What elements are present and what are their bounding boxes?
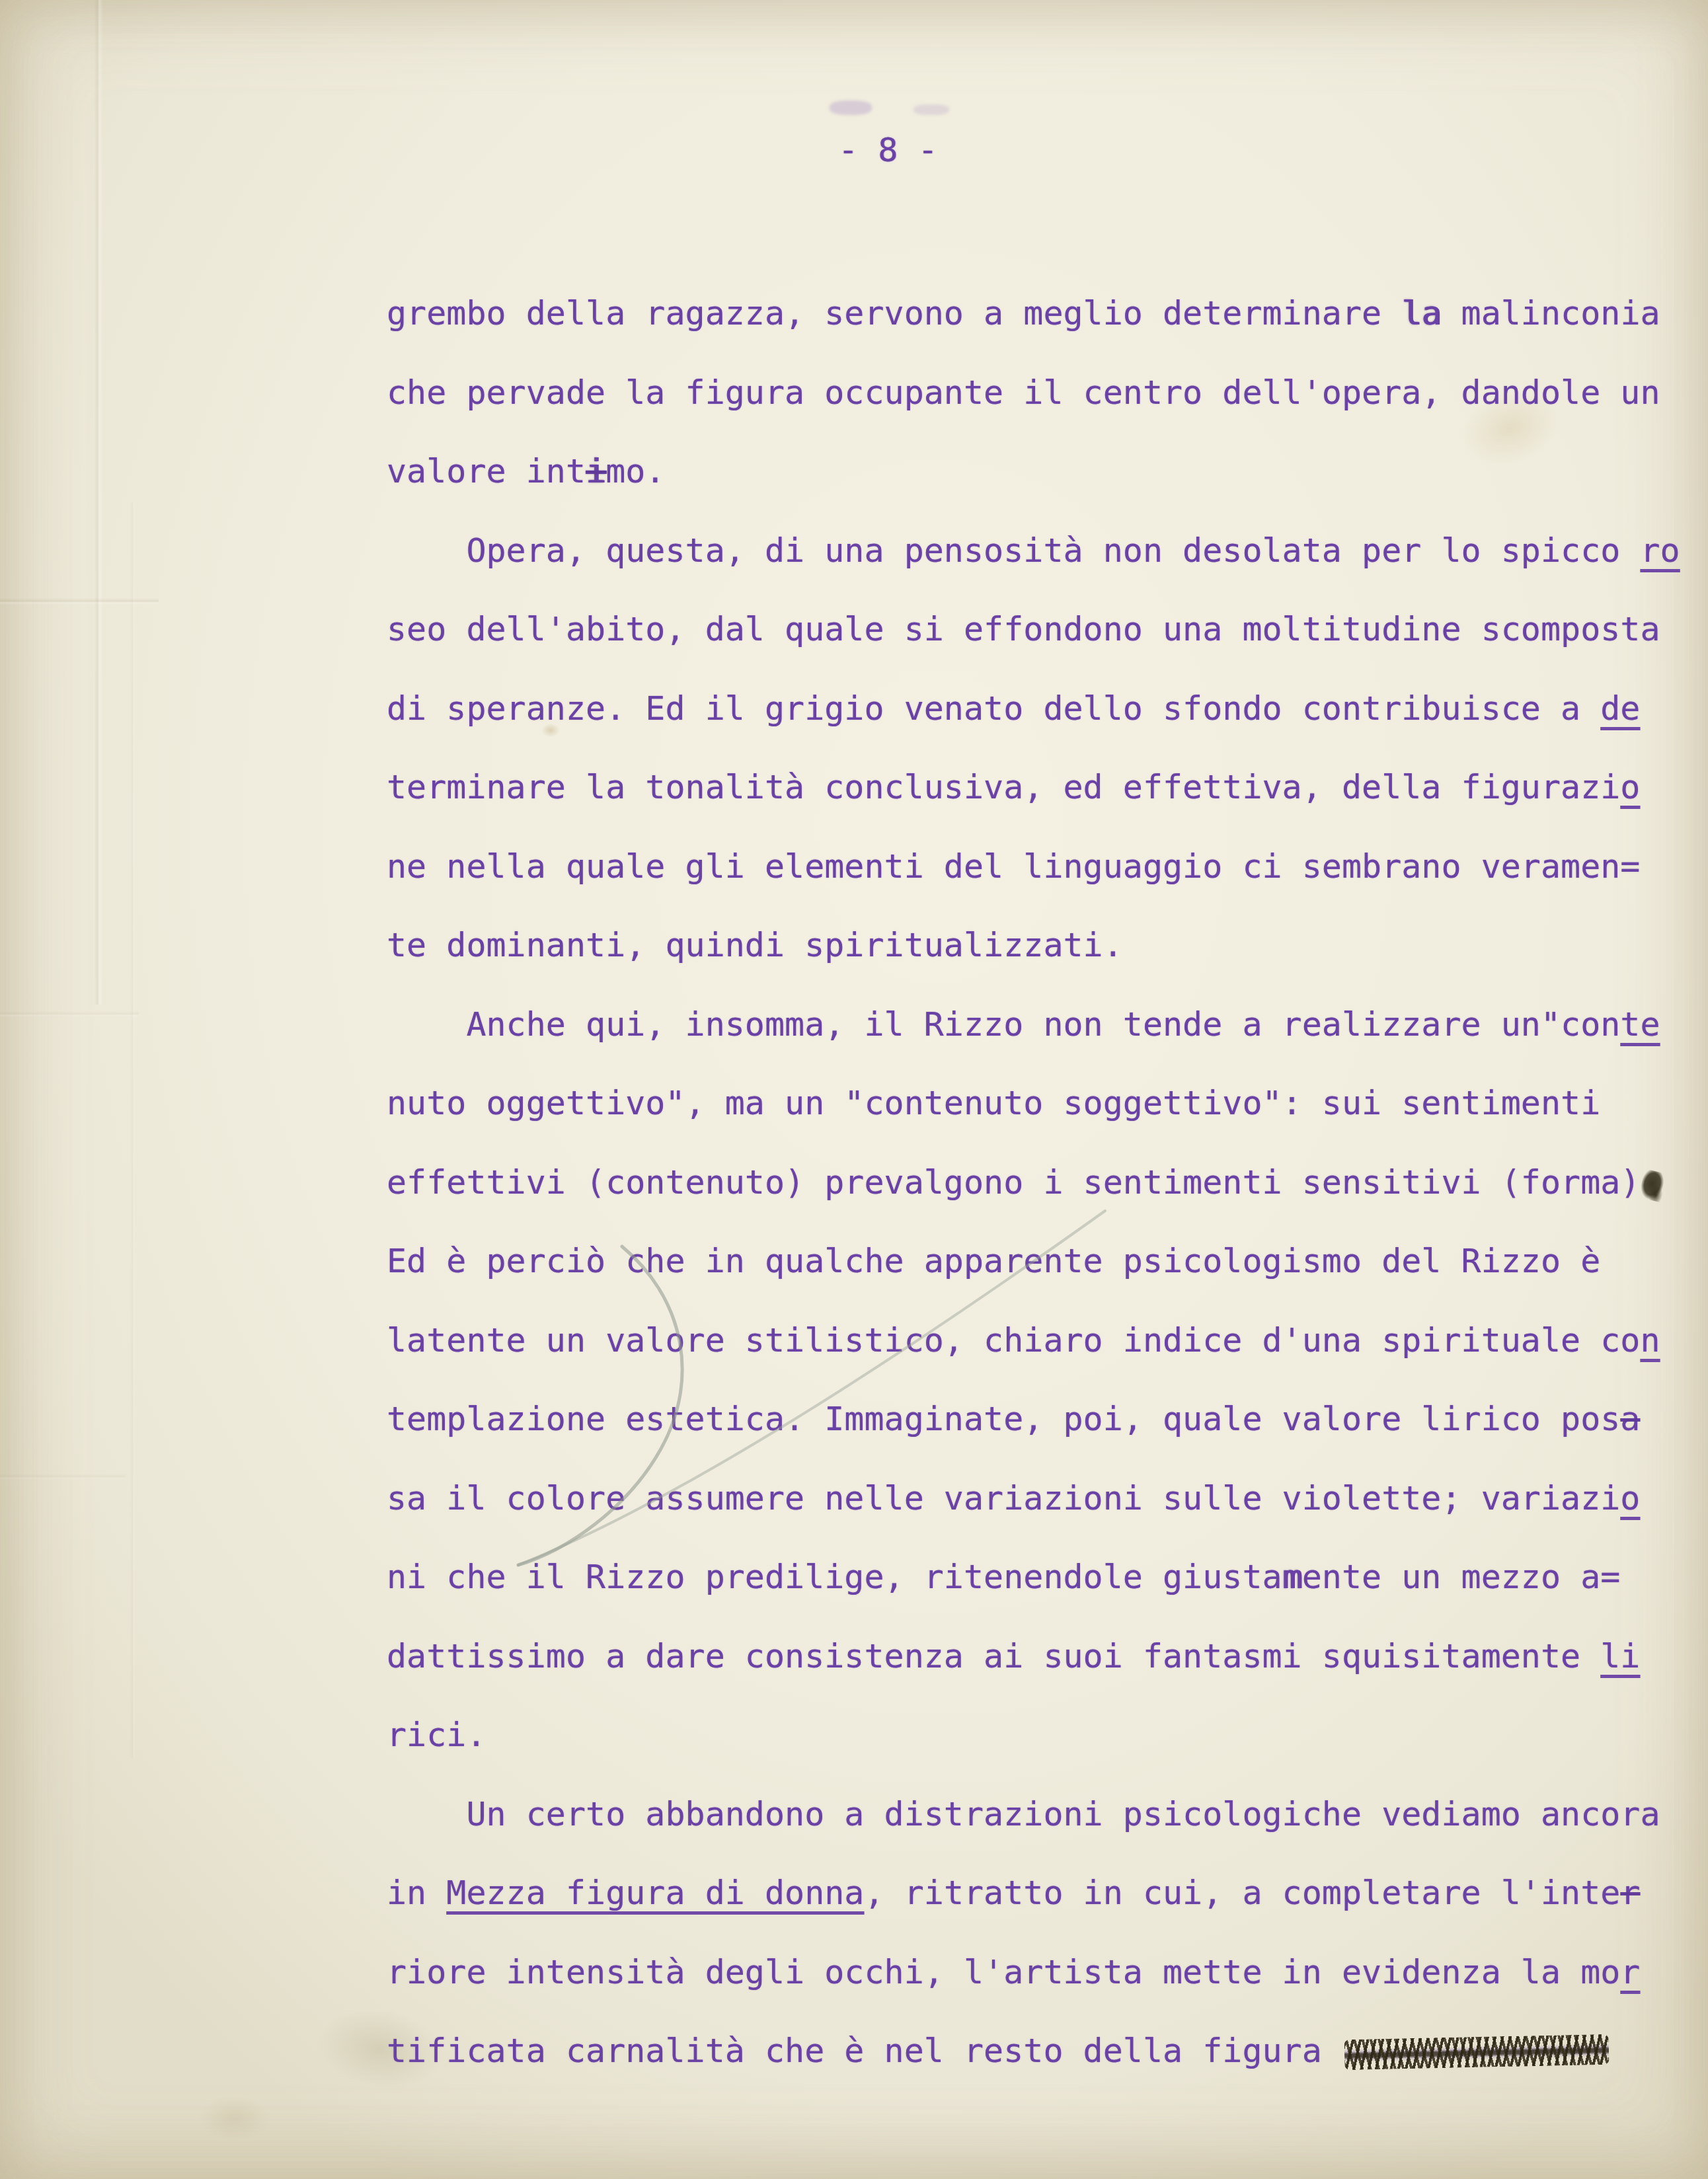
paper-crease bbox=[94, 0, 103, 1005]
typed-text: , ritratto in cui, a completare l'inte bbox=[864, 1874, 1620, 1912]
typed-text: ro bbox=[1640, 531, 1680, 570]
typed-text: r bbox=[1620, 1953, 1640, 1991]
typed-text: n bbox=[1640, 1321, 1660, 1359]
typed-text: la bbox=[1401, 294, 1441, 332]
typed-text: de bbox=[1600, 689, 1640, 728]
scanned-typescript-page: { "page": { "number_label": "- 8 -", "in… bbox=[0, 0, 1708, 2179]
typed-text: o bbox=[1620, 768, 1640, 806]
typed-text: r bbox=[1620, 1874, 1640, 1912]
typed-text: effettivi (contenuto) prevalgono i senti… bbox=[387, 1163, 1640, 1202]
typed-text: ni che il Rizzo predilige, ritenendole g… bbox=[387, 1558, 1282, 1596]
typed-line: Un certo abbandono a distrazioni psicolo… bbox=[387, 1775, 1682, 1854]
typed-line: riore intensità degli occhi, l'artista m… bbox=[387, 1933, 1682, 2012]
typed-text: Anche qui, insomma, il Rizzo non tende a… bbox=[387, 1005, 1620, 1044]
paper-crease bbox=[0, 1474, 126, 1480]
typed-line: templazione estetica. Immaginate, poi, q… bbox=[387, 1380, 1682, 1459]
typed-line: Ed è perciò che in qualche apparente psi… bbox=[387, 1222, 1682, 1301]
typed-line: valore intimo. bbox=[387, 432, 1682, 512]
paper-stain bbox=[198, 2095, 271, 2141]
typed-text: templazione estetica. Immaginate, poi, q… bbox=[387, 1400, 1620, 1438]
typed-text: a bbox=[1620, 1400, 1640, 1438]
paper-crease bbox=[0, 1011, 139, 1017]
typed-line: rici. bbox=[387, 1696, 1682, 1775]
typed-text: nuto oggettivo", ma un "contenuto sogget… bbox=[387, 1084, 1600, 1122]
typed-line: terminare la tonalità conclusiva, ed eff… bbox=[387, 748, 1682, 827]
typed-text: Opera, questa, di una pensosità non deso… bbox=[387, 531, 1640, 570]
typed-line: Opera, questa, di una pensosità non deso… bbox=[387, 512, 1682, 591]
typed-text: te bbox=[1620, 1005, 1660, 1044]
typed-line: Anche qui, insomma, il Rizzo non tende a… bbox=[387, 985, 1682, 1065]
ink-scratch-mark bbox=[1344, 2034, 1609, 2070]
typed-line: tificata carnalità che è nel resto della… bbox=[387, 2012, 1682, 2091]
typed-line: sa il colore assumere nelle variazioni s… bbox=[387, 1459, 1682, 1539]
typed-text: ne nella quale gli elementi del linguagg… bbox=[387, 847, 1640, 886]
typed-line: latente un valore stilistico, chiaro ind… bbox=[387, 1301, 1682, 1381]
paper-crease bbox=[0, 598, 159, 605]
typed-text: Mezza figura di donna bbox=[446, 1874, 864, 1912]
page-number: - 8 - bbox=[838, 111, 938, 190]
typed-line: che pervade la figura occupante il centr… bbox=[387, 354, 1682, 433]
typed-line: in Mezza figura di donna, ritratto in cu… bbox=[387, 1854, 1682, 1933]
typed-text-block: grembo della ragazza, servono a meglio d… bbox=[387, 274, 1682, 2091]
typed-text: o bbox=[1620, 1479, 1640, 1517]
typed-line: te dominanti, quindi spiritualizzati. bbox=[387, 906, 1682, 985]
typed-text: m bbox=[1282, 1558, 1302, 1596]
typed-text: riore intensità degli occhi, l'artista m… bbox=[387, 1953, 1620, 1991]
typed-text: malinconia bbox=[1441, 294, 1660, 332]
typed-text: Un certo abbandono a distrazioni psicolo… bbox=[387, 1795, 1660, 1833]
typed-text: mo. bbox=[605, 452, 665, 490]
typed-line: effettivi (contenuto) prevalgono i senti… bbox=[387, 1143, 1682, 1223]
typed-text: che pervade la figura occupante il centr… bbox=[387, 373, 1660, 412]
typed-line: dattissimo a dare consistenza ai suoi fa… bbox=[387, 1617, 1682, 1697]
typed-line: nuto oggettivo", ma un "contenuto sogget… bbox=[387, 1064, 1682, 1143]
typed-text: tificata carnalità che è nel resto della… bbox=[387, 2032, 1342, 2070]
typed-text: in bbox=[387, 1874, 446, 1912]
ink-blot bbox=[1639, 1168, 1669, 1202]
typed-text: grembo della ragazza, servono a meglio d… bbox=[387, 294, 1401, 332]
typed-text: di speranze. Ed il grigio venato dello s… bbox=[387, 689, 1600, 728]
paper-crease bbox=[130, 502, 136, 1758]
typed-line: grembo della ragazza, servono a meglio d… bbox=[387, 274, 1682, 354]
typed-text: i bbox=[586, 452, 605, 490]
typed-text: te dominanti, quindi spiritualizzati. bbox=[387, 926, 1123, 964]
typed-text: terminare la tonalità conclusiva, ed eff… bbox=[387, 768, 1620, 806]
typed-text: latente un valore stilistico, chiaro ind… bbox=[387, 1321, 1640, 1359]
typed-text: dattissimo a dare consistenza ai suoi fa… bbox=[387, 1637, 1600, 1675]
typed-text: valore int bbox=[387, 452, 586, 490]
typed-line: di speranze. Ed il grigio venato dello s… bbox=[387, 669, 1682, 749]
typed-text: li bbox=[1600, 1637, 1640, 1675]
typed-text: ente un mezzo a= bbox=[1302, 1558, 1621, 1596]
typed-text: sa il colore assumere nelle variazioni s… bbox=[387, 1479, 1620, 1517]
typed-text: rici. bbox=[387, 1716, 486, 1754]
typed-line: ne nella quale gli elementi del linguagg… bbox=[387, 827, 1682, 907]
typed-text: seo dell'abito, dal quale si effondono u… bbox=[387, 610, 1660, 648]
typed-text: Ed è perciò che in qualche apparente psi… bbox=[387, 1242, 1600, 1280]
typed-line: seo dell'abito, dal quale si effondono u… bbox=[387, 590, 1682, 669]
typed-line: ni che il Rizzo predilige, ritenendole g… bbox=[387, 1538, 1682, 1617]
